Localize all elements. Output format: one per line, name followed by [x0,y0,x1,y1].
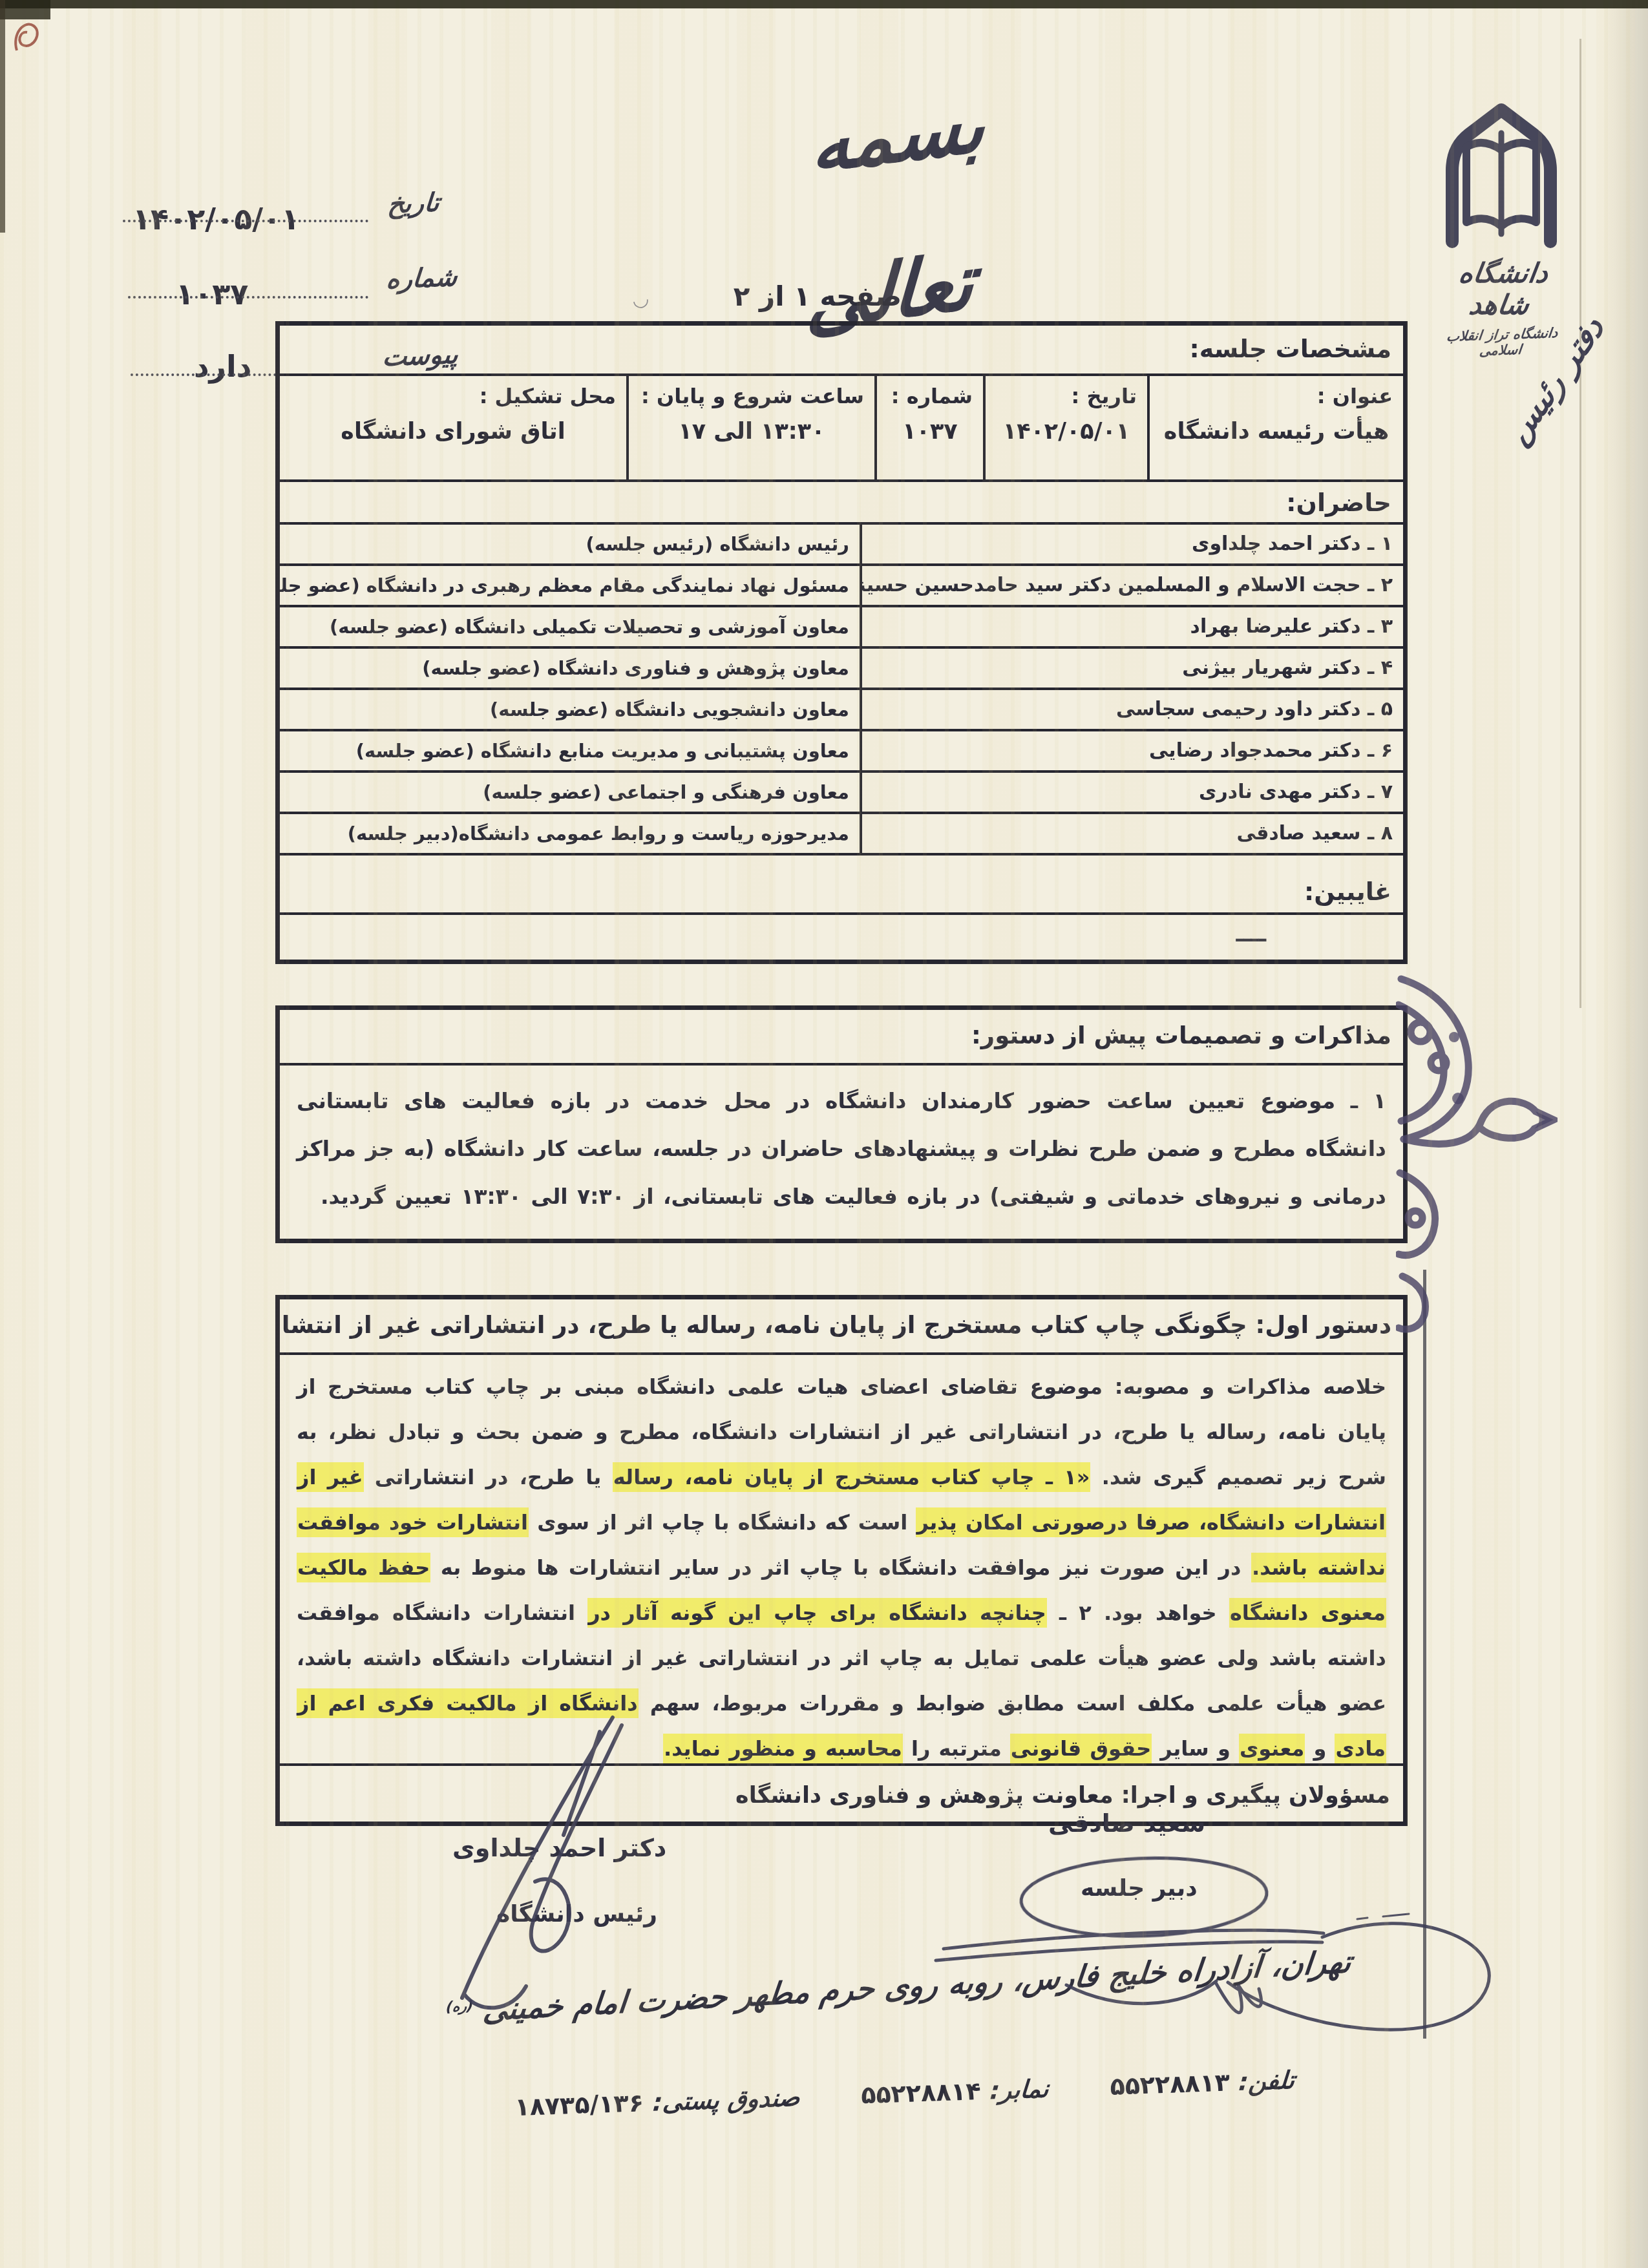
date-dotted-line [123,220,368,222]
phone-label: تلفن: [1238,2066,1296,2096]
field-title: عنوان : هیأت رئیسه دانشگاه [1147,376,1403,479]
paper-edge-line [1579,39,1581,1008]
agenda1-title: دستور اول: چگونگی چاپ کتاب مستخرج از پای… [280,1299,1403,1355]
scan-edge-left [0,0,5,233]
attendee-row: ۳ ـ دکتر علیرضا بهراد معاون آموزشی و تحص… [280,607,1403,649]
attendee-role: مدیرحوزه ریاست و روابط عمومی دانشگاه(دبی… [280,814,860,853]
arabesque-stamp-ornament [1396,966,1558,1341]
fax-label: نمابر: [989,2074,1050,2105]
field-date: تاریخ : ۱۴۰۲/۰۵/۰۱ [983,376,1147,479]
bismillah-calligraphy: بسمه تعالی [727,36,1069,240]
secretary-signature-icon [905,1822,1564,2035]
date-label: تاریخ [386,188,440,220]
page-number-label: صفحه ۱ از ۲ [669,280,966,312]
pre-agenda-title: مذاکرات و تصمیمات پیش از دستور: [280,1010,1403,1066]
attendee-row: ۱ ـ دکتر احمد چلداوی رئیس دانشگاه (رئیس … [280,525,1403,566]
attendee-name: ۴ ـ دکتر شهریار بیژنی [860,649,1403,688]
attendee-name: ۳ ـ دکتر علیرضا بهراد [860,607,1403,646]
footer-contact-line: تلفن: ۵۵۲۲۸۸۱۳ نمابر: ۵۵۲۲۸۸۱۴ صندوق پست… [401,2062,1410,2125]
absentees-header: غایبین: [280,856,1403,915]
attendee-name: ۱ ـ دکتر احمد چلداوی [860,525,1403,563]
attendee-role: مسئول نهاد نمایندگی مقام معظم رهبری در د… [280,566,860,605]
field-number-value: ۱۰۳۷ [877,419,983,445]
field-title-value: هیأت رئیسه دانشگاه [1150,419,1403,445]
phone-value: ۵۵۲۲۸۸۱۳ [1110,2068,1231,2100]
attendee-name: ۶ ـ دکتر محمدجواد رضایی [860,731,1403,770]
pre-agenda-box: مذاکرات و تصمیمات پیش از دستور: ۱ ـ موضو… [275,1005,1408,1243]
footer-phone: تلفن: ۵۵۲۲۸۸۱۳ [1110,2066,1295,2101]
pobox-label: صندوق پستی: [651,2083,801,2117]
field-number: شماره : ۱۰۳۷ [874,376,983,479]
attendee-name: ۷ ـ دکتر مهدی نادری [860,773,1403,812]
shahed-university-logo-icon [1437,96,1566,251]
number-dotted-line [128,296,368,299]
absentees-empty-row: ــــ [280,915,1403,958]
attendee-row: ۶ ـ دکتر محمدجواد رضایی معاون پشتیبانی و… [280,731,1403,773]
responsible-label: مسؤولان پیگیری و اجرا: [1121,1783,1390,1809]
scan-edge-top [0,0,1648,8]
attendee-role: معاون پشتیبانی و مدیریت منابع دانشگاه (ع… [280,731,860,770]
attendee-role: معاون دانشجویی دانشگاه (عضو جلسه) [280,690,860,729]
scanned-minutes-page: بسمه تعالی تاریخ ۱۴۰۲/۰۵/۰۱ شماره ۱۰۳۷ پ… [0,0,1648,2268]
responsible-value: معاونت پژوهش و فناوری دانشگاه [735,1783,1114,1809]
field-location-value: اتاق شورای دانشگاه [280,419,626,445]
field-number-label: شماره : [877,376,983,408]
attendee-row: ۸ ـ سعید صادقی مدیرحوزه ریاست و روابط عم… [280,814,1403,856]
attendee-row: ۵ ـ دکتر داود رحیمی سجاسی معاون دانشجویی… [280,690,1403,731]
field-title-label: عنوان : [1150,376,1403,408]
number-label: شماره [385,262,458,295]
meeting-specs-header: مشخصات جلسه: [280,326,1403,376]
field-location: محل تشکیل : اتاق شورای دانشگاه [280,376,626,479]
attendee-role: معاون پژوهش و فناوری دانشگاه (عضو جلسه) [280,649,860,688]
university-name: دانشگاه شاهد [1422,257,1580,320]
attendee-row: ۲ ـ حجت الاسلام و المسلمین دکتر سید حامد… [280,566,1403,607]
president-signature-icon [330,1706,743,2016]
footer-fax: نمابر: ۵۵۲۲۸۸۱۴ [861,2074,1050,2109]
attendee-row: ۴ ـ دکتر شهریار بیژنی معاون پژوهش و فناو… [280,649,1403,690]
field-location-label: محل تشکیل : [280,376,626,408]
field-time-label: ساعت شروع و پایان : [629,376,874,408]
field-time-value: ۱۳:۳۰ الی ۱۷ [629,419,874,445]
attendee-role: معاون آموزشی و تحصیلات تکمیلی دانشگاه (ع… [280,607,860,646]
number-value: ۱۰۳۷ [176,277,248,311]
attendee-name: ۸ ـ سعید صادقی [860,814,1403,853]
date-value: ۱۴۰۲/۰۵/۰۱ [132,202,299,236]
field-time: ساعت شروع و پایان : ۱۳:۳۰ الی ۱۷ [626,376,874,479]
red-scribble-artifact [8,12,53,63]
attendees-header: حاضران: [280,482,1403,525]
fax-value: ۵۵۲۲۸۸۱۴ [861,2077,982,2109]
pobox-value: ۱۸۷۳۵/۱۳۶ [514,2088,644,2121]
attendee-name: ۵ ـ دکتر داود رحیمی سجاسی [860,690,1403,729]
meeting-specs-table: مشخصات جلسه: عنوان : هیأت رئیسه دانشگاه … [275,321,1408,964]
agenda1-body: خلاصه مذاکرات و مصوبه: موضوع تقاضای اعضا… [280,1355,1403,1763]
attendee-role: معاون فرهنگی و اجتماعی (عضو جلسه) [280,773,860,812]
pre-agenda-body: ۱ ـ موضوع تعیین ساعت حضور کارمندان دانشگ… [280,1066,1403,1227]
field-date-label: تاریخ : [986,376,1147,408]
pen-check-mark: ◡ [630,287,651,312]
attendee-role: رئیس دانشگاه (رئیس جلسه) [280,525,860,563]
meeting-fields-row: عنوان : هیأت رئیسه دانشگاه تاریخ : ۱۴۰۲/… [280,376,1403,482]
attendee-name: ۲ ـ حجت الاسلام و المسلمین دکتر سید حامد… [860,566,1403,605]
attachment-value: دارد [194,349,251,384]
attendee-row: ۷ ـ دکتر مهدی نادری معاون فرهنگی و اجتما… [280,773,1403,814]
field-date-value: ۱۴۰۲/۰۵/۰۱ [986,419,1147,445]
scan-edge-corner [0,0,50,19]
footer-pobox: صندوق پستی: ۱۸۷۳۵/۱۳۶ [514,2083,800,2121]
